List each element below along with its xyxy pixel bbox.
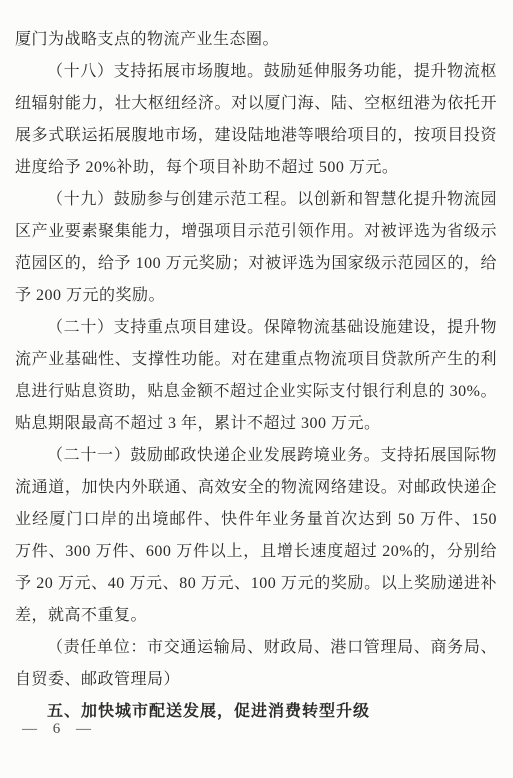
paragraph-continuation: 厦门为战略支点的物流产业生态圈。 xyxy=(15,24,497,56)
paragraph-clause-20: （二十）支持重点项目建设。保障物流基础设施建设，提升物流产业基础性、支撑性功能。… xyxy=(15,312,497,440)
paragraph-responsible-units: （责任单位：市交通运输局、财政局、港口管理局、商务局、自贸委、邮政管理局） xyxy=(15,632,497,696)
paragraph-clause-18: （十八）支持拓展市场腹地。鼓励延伸服务功能，提升物流枢纽辐射能力，壮大枢纽经济。… xyxy=(15,56,497,184)
paragraph-clause-21: （二十一）鼓励邮政快递企业发展跨境业务。支持拓展国际物流通道，加快内外联通、高效… xyxy=(15,440,497,632)
document-page: 厦门为战略支点的物流产业生态圈。 （十八）支持拓展市场腹地。鼓励延伸服务功能，提… xyxy=(0,0,513,778)
document-body: 厦门为战略支点的物流产业生态圈。 （十八）支持拓展市场腹地。鼓励延伸服务功能，提… xyxy=(15,24,497,728)
page-number: — 6 — xyxy=(22,721,97,738)
paragraph-clause-19: （十九）鼓励参与创建示范工程。以创新和智慧化提升物流园区产业要素聚集能力，增强项… xyxy=(15,184,497,312)
